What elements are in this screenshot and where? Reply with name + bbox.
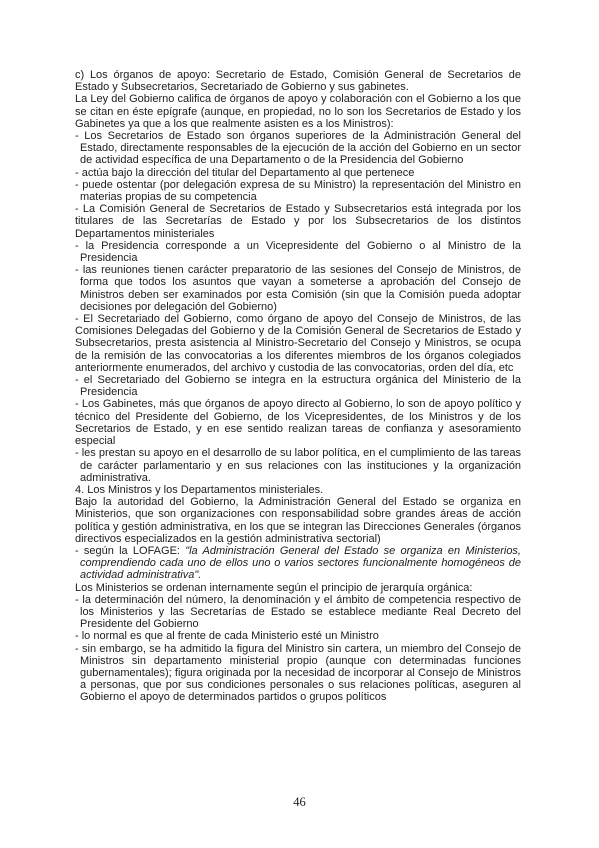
bullet-les-prestan: - les prestan su apoyo en el desarrollo …	[75, 447, 521, 484]
bullet-sin-embargo: - sin embargo, se ha admitido la figura …	[75, 643, 521, 704]
bullet-actua-direccion: - actúa bajo la dirección del titular de…	[75, 167, 521, 179]
bullet-segun-lofage: - según la LOFAGE: "la Administración Ge…	[75, 545, 521, 582]
page-number: 46	[0, 795, 599, 810]
lofage-prefix: - según la LOFAGE:	[75, 545, 185, 557]
bullet-comision-general: - La Comisión General de Secretarios de …	[75, 203, 521, 240]
bullet-puede-ostentar: - puede ostentar (por delegación expresa…	[75, 179, 521, 203]
bullet-reuniones: - las reuniones tienen carácter preparat…	[75, 264, 521, 313]
section-heading-c: c) Los órganos de apoyo: Secretario de E…	[75, 69, 521, 93]
bullet-lo-normal: - lo normal es que al frente de cada Min…	[75, 630, 521, 642]
document-text-column: c) Los órganos de apoyo: Secretario de E…	[75, 69, 521, 704]
bullet-gabinetes: - Los Gabinetes, más que órganos de apoy…	[75, 398, 521, 447]
bullet-presidencia: - la Presidencia corresponde a un Vicepr…	[75, 240, 521, 264]
bullet-secretarios-estado: - Los Secretarios de Estado son órganos …	[75, 130, 521, 167]
paragraph-ley-gobierno: La Ley del Gobierno califica de órganos …	[75, 93, 521, 130]
bullet-secretariado-gobierno: - El Secretariado del Gobierno, como órg…	[75, 313, 521, 374]
paragraph-ministerios-ordenan: Los Ministerios se ordenan internamente …	[75, 582, 521, 594]
document-page: c) Los órganos de apoyo: Secretario de E…	[0, 0, 599, 848]
bullet-secretariado-integra: - el Secretariado del Gobierno se integr…	[75, 374, 521, 398]
bullet-determinacion-numero: - la determinación del número, la denomi…	[75, 594, 521, 631]
section-heading-4: 4. Los Ministros y los Departamentos min…	[75, 484, 521, 496]
paragraph-bajo-autoridad: Bajo la autoridad del Gobierno, la Admin…	[75, 496, 521, 545]
